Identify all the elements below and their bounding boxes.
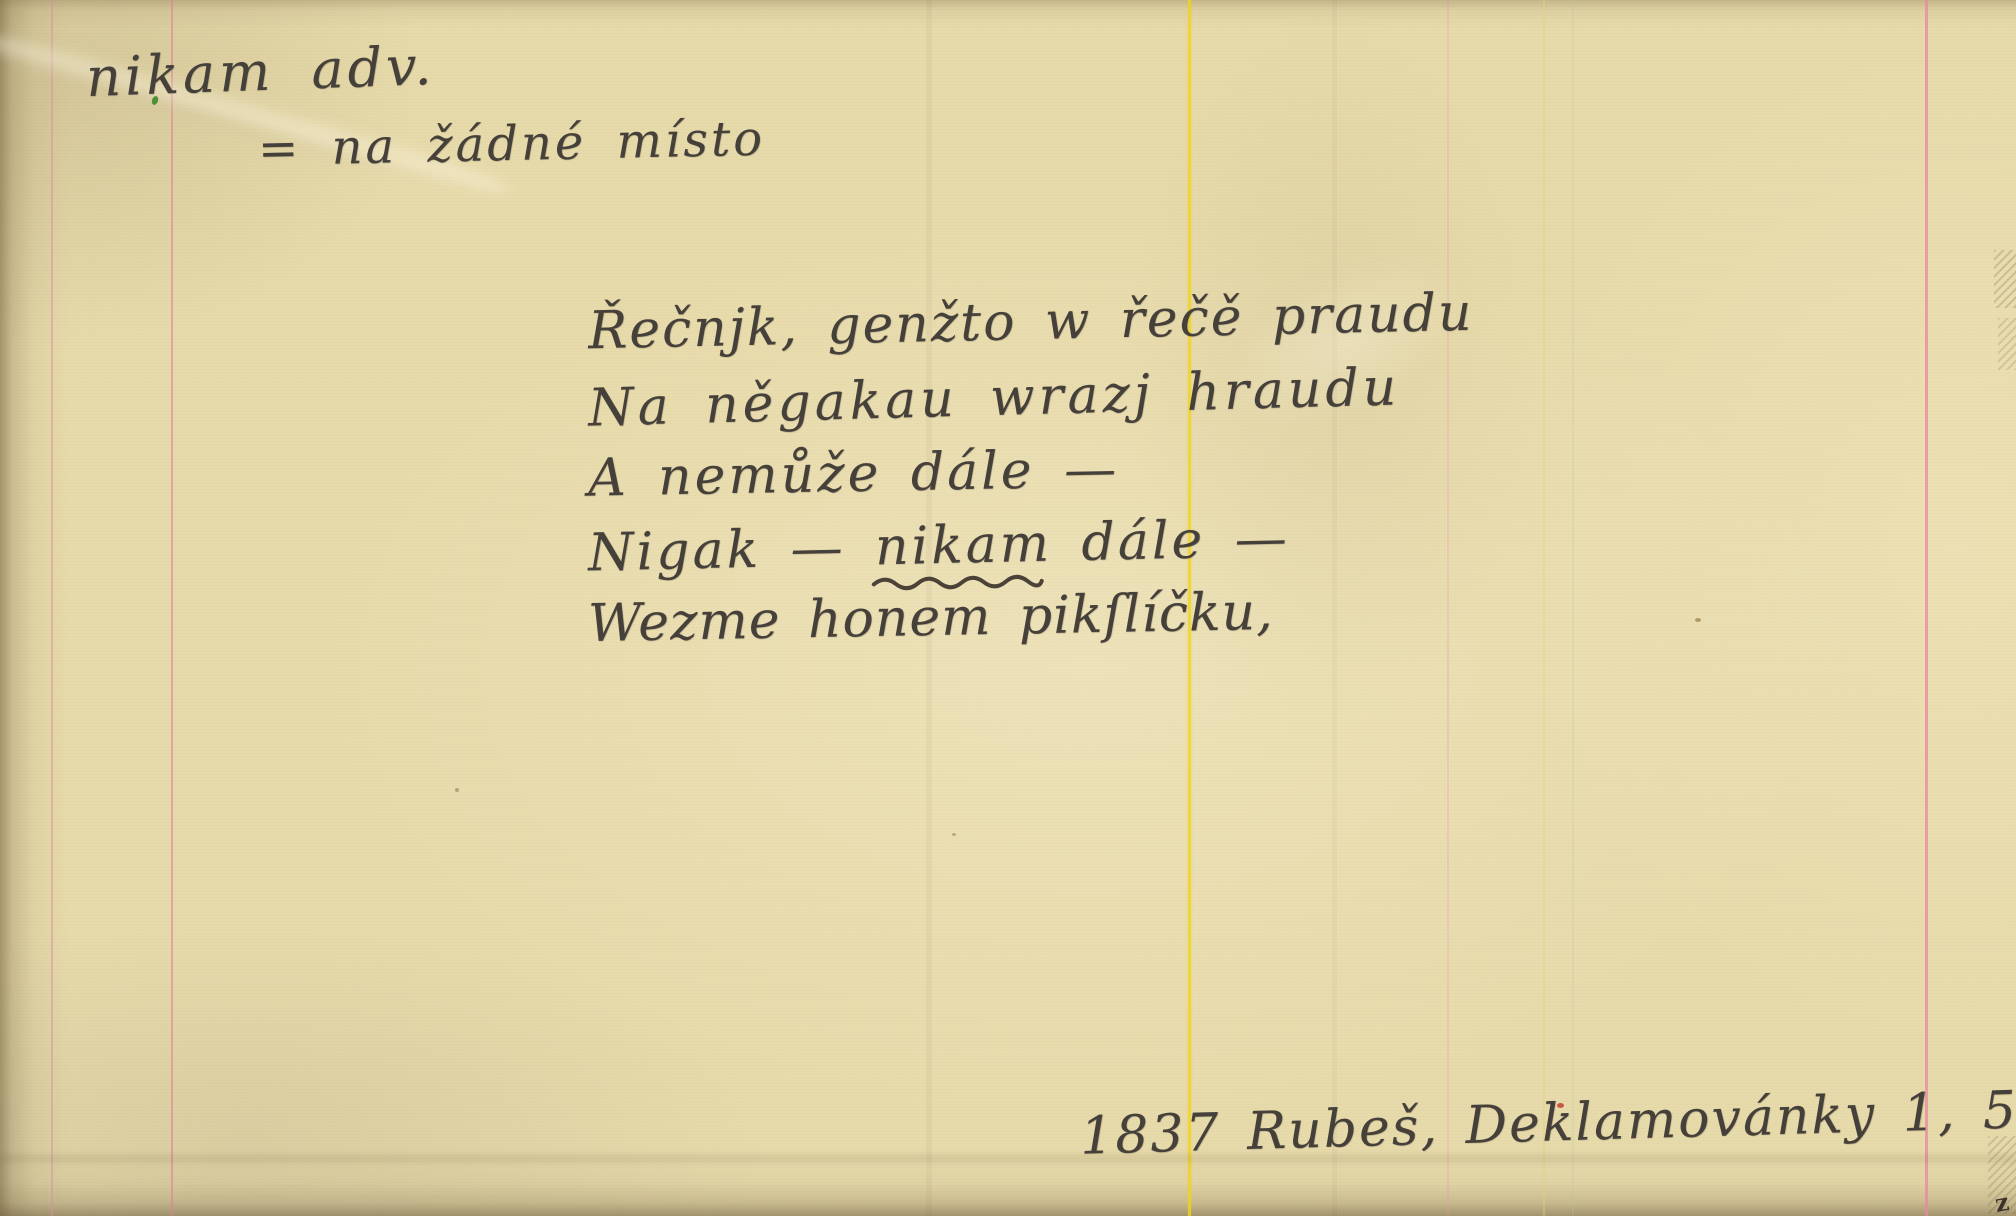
edge-hatch-middle [1998, 318, 2016, 370]
definition: = na žádné místo [257, 111, 765, 178]
verse-line-2: Na něgakau wrazj hraudu [587, 357, 1400, 438]
edge-hatch-top [1994, 250, 2016, 308]
rule-pink-faint [1447, 0, 1449, 1216]
verse-line-4-underlined-word: nikam [874, 514, 1052, 578]
rule-pink-right [1925, 0, 1928, 1216]
scanned-excerpt-card: nikam adv. = na žádné místo Řečnjk, genž… [0, 0, 2016, 1216]
verse-line-4-suffix: dále — [1051, 509, 1290, 574]
crease-bottom-streak [0, 1154, 2016, 1163]
verse-line-3: A nemůže dále — [588, 439, 1120, 508]
rule-pink-left-2 [171, 0, 173, 1216]
rule-yellow-faint [1543, 0, 1545, 1216]
verse-line-5: Wezme honem pikſlíčku, [588, 582, 1274, 654]
underlined-word-text: nikam [874, 514, 1052, 578]
verse-line-4-prefix: Nigak — [587, 517, 875, 583]
paper-speck-3 [952, 833, 956, 836]
red-accent-speck [1557, 1103, 1564, 1108]
rule-green-faint [1572, 0, 1574, 1216]
verse-line-1: Řečnjk, genžto w řečě praudu [587, 283, 1473, 362]
verse-line-4: Nigak — nikam dále — [587, 509, 1290, 584]
rule-pink-left-1 [51, 0, 53, 1216]
paper-speck-2 [455, 788, 459, 792]
paper-speck-1 [1695, 618, 1701, 622]
headword: nikam adv. [85, 34, 436, 109]
verse-quotation: Řečnjk, genžto w řečě praudu Na něgakau … [588, 292, 1388, 712]
